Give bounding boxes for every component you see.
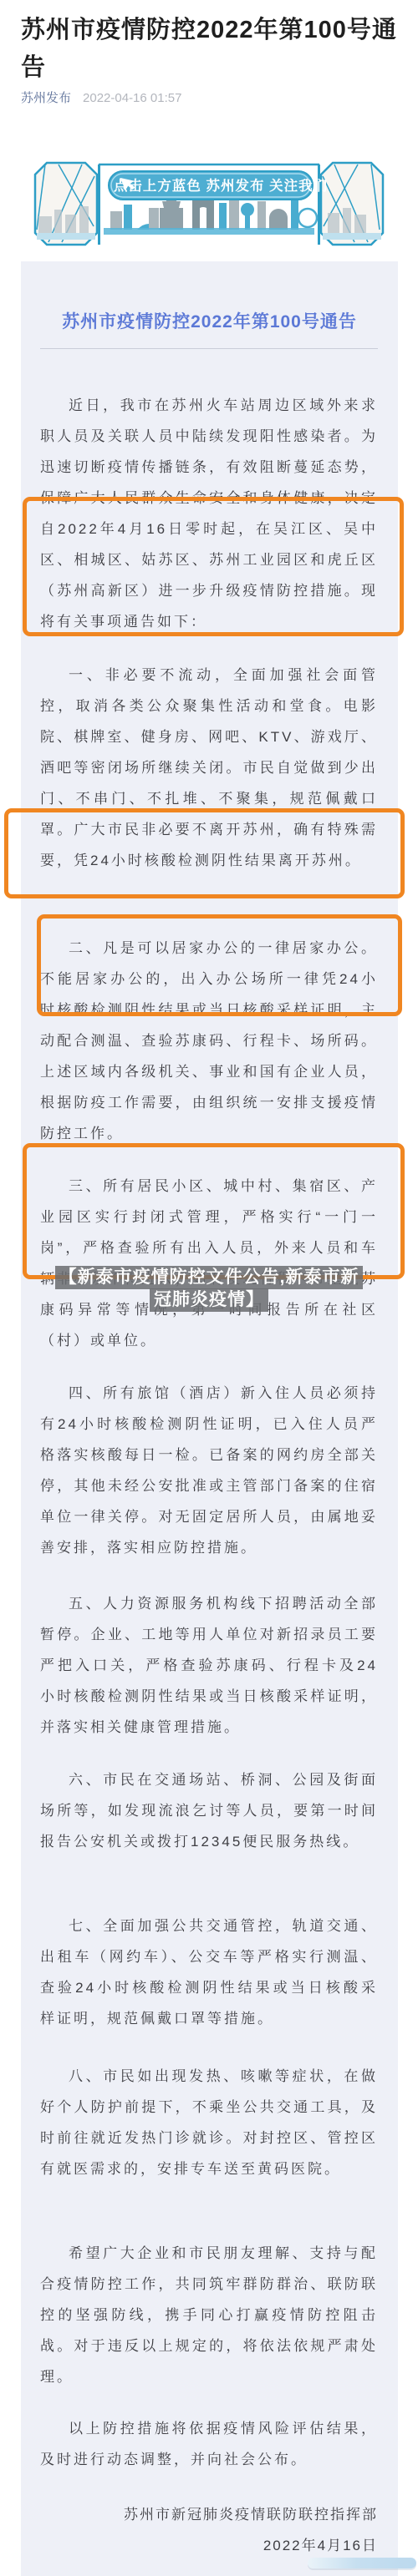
notice-paragraph: 近日，我市在苏州火车站周边区域外来求职人员及关联人员中陆续发现阳性感染者。为迅速…	[40, 390, 378, 637]
notice-paragraph: 三、所有居民小区、城中村、集宿区、产业园区实行封闭式管理，严格实行“一门一岗”，…	[40, 1171, 378, 1356]
banner-cta-pill: 点击上方蓝色 苏州发布 关注我们	[109, 171, 328, 200]
notice-heading: 苏州市疫情防控2022年第100号通告	[21, 308, 398, 333]
publish-time: 2022-04-16 01:57	[83, 91, 181, 105]
notice-paragraph: 二、凡是可以居家办公的一律居家办公。不能居家办公的，出入办公场所一律凭24小时核…	[40, 933, 378, 1149]
banner-left-panel	[35, 163, 97, 245]
notice-paragraph: 五、人力资源服务机构线下招聘活动全部暂停。企业、工地等用人单位对新招录员工要严把…	[40, 1588, 378, 1743]
page-title: 苏州市疫情防控2022年第100号通告	[21, 12, 399, 87]
banner-illustration: 点击上方蓝色 苏州发布 关注我们	[33, 161, 385, 248]
issue-date: 2022年4月16日	[40, 2530, 378, 2561]
notice-paragraph: 四、所有旅馆（酒店）新入住人员必须持有24小时核酸检测阴性证明，已入住人员严格落…	[40, 1378, 378, 1563]
banner-right-panel	[321, 163, 383, 245]
notice-paragraph: 希望广大企业和市民朋友理解、支持与配合疫情防控工作，共同筑牢群防群治、联防联控的…	[40, 2238, 378, 2392]
notice-paragraph: 八、市民如出现发热、咳嗽等症状，在做好个人防护前提下，不乘坐公共交通工具，及时前…	[40, 2061, 378, 2184]
banner-image[interactable]: 点击上方蓝色 苏州发布 关注我们	[33, 161, 385, 248]
signature-block: 苏州市新冠肺炎疫情联防联控指挥部 2022年4月16日	[40, 2499, 378, 2561]
notice-paragraph: 七、全面加强公共交通管控，轨道交通、出租车（网约车）、公交车等严格实行测温、查验…	[40, 1910, 378, 2034]
bottom-decoration	[308, 2558, 416, 2568]
issuer-name: 苏州市新冠肺炎疫情联防联控指挥部	[40, 2499, 378, 2530]
notice-paragraph: 六、市民在交通场站、桥洞、公园及街面场所等，如发现流浪乞讨等人员，要第一时间报告…	[40, 1764, 378, 1857]
heading-divider	[40, 348, 378, 349]
account-link[interactable]: 苏州发布	[21, 91, 71, 105]
banner-cta-text: 点击上方蓝色 苏州发布 关注我们	[114, 177, 328, 194]
notice-paragraph: 一、非必要不流动，全面加强社会面管控，取消各类公众聚集性活动和堂食。电影院、棋牌…	[40, 660, 378, 876]
notice-paragraph: 以上防控措施将依据疫情风险评估结果，及时进行动态调整，并向社会公布。	[40, 2413, 378, 2475]
article-meta: 苏州发布2022-04-16 01:57	[21, 89, 181, 106]
article-page: 苏州市疫情防控2022年第100号通告 苏州发布2022-04-16 01:57	[0, 0, 418, 2576]
